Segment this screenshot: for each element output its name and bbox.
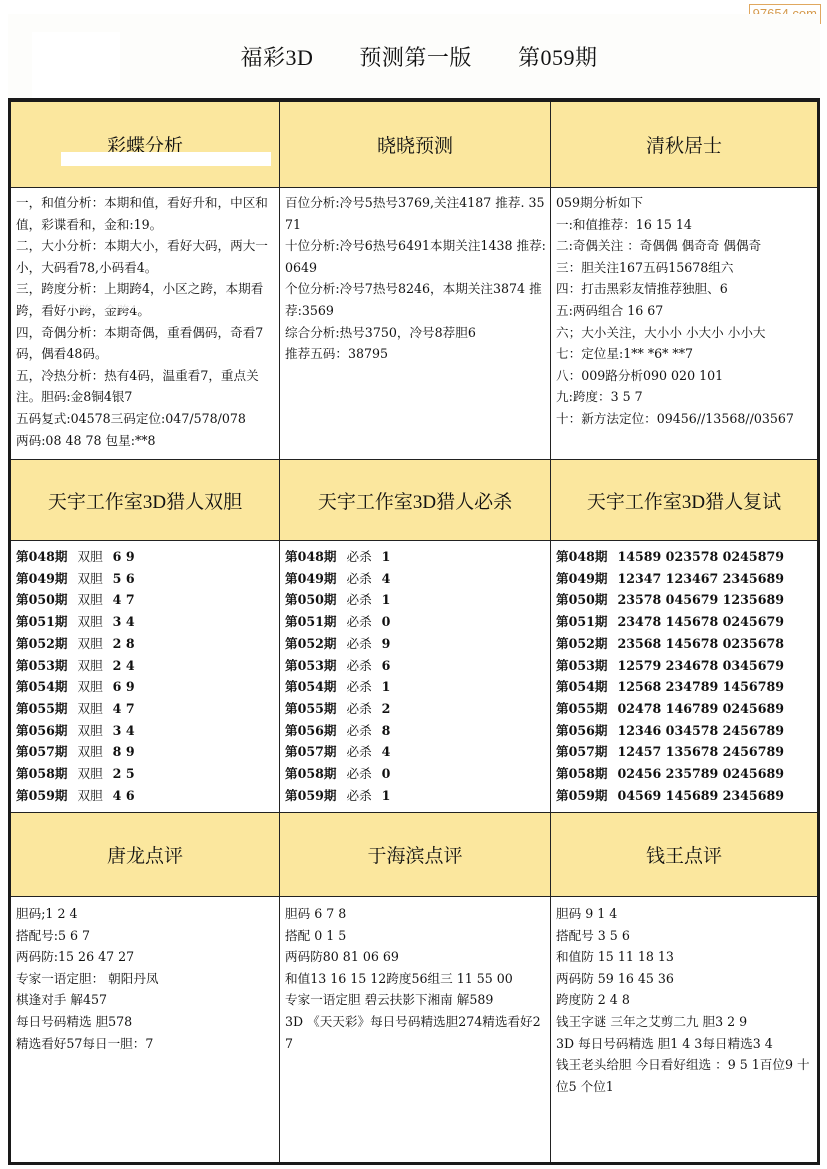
comment-line: 钱王老头给胆 今日看好组选 ：9 5 1百位9 十位5 个位1 (556, 1054, 813, 1097)
analysis-line: 十：新方法定位：09456//13568//03567 (556, 408, 813, 430)
row-type-label: 必杀 (346, 571, 371, 586)
row-type-label: 双胆 (77, 571, 102, 586)
redaction-mask (61, 152, 271, 166)
history-row: 第055期02478 146789 0245689 (556, 698, 813, 720)
analysis-line: 十位分析:冷号6热号6491本期关注1438 推荐:0649 (285, 235, 546, 278)
row-type-label: 双胆 (77, 788, 102, 803)
history-row: 第048期双胆6 9 (16, 546, 275, 568)
row-value: 2 5 (113, 766, 135, 781)
comment-line: 搭配号 3 5 6 (556, 925, 813, 947)
analysis-line: 九:跨度：3 5 7 (556, 386, 813, 408)
row-value: 2 8 (113, 636, 135, 651)
section-header-tanglong: 唐龙点评 (11, 813, 280, 897)
history-row: 第054期12568 234789 1456789 (556, 676, 813, 698)
row-value: 04569 145689 2345689 (617, 788, 784, 803)
row-value: 8 9 (113, 744, 135, 759)
analysis-line: 四，奇偶分析：本期奇偶，重看偶码，奇看7码，偶看48码。 (16, 322, 275, 365)
analysis-line: 五，冷热分析：热有4码，温重看7，重点关注。胆码:金8铜4银7 (16, 365, 275, 408)
row-value: 4 (382, 744, 391, 759)
issue-label: 第056期 (556, 723, 607, 738)
row-type-label: 必杀 (346, 766, 371, 781)
analysis-line: 百位分析:冷号5热号3769,关注4187 推荐. 3571 (285, 192, 546, 235)
row-value: 23568 145678 0235678 (617, 636, 784, 651)
history-row: 第056期双胆3 4 (16, 720, 275, 742)
row-type-label: 必杀 (346, 592, 371, 607)
issue-label: 第057期 (16, 744, 67, 759)
issue-label: 第056期 (285, 723, 336, 738)
section-body-caidie: 一，和值分析：本期和值，看好升和，中区和值，彩谍看和，金和:19。 二，大小分析… (11, 188, 280, 460)
issue-label: 第057期 (556, 744, 607, 759)
row-value: 5 6 (113, 571, 135, 586)
issue-label: 第059期 (285, 788, 336, 803)
page-title: 福彩3D 预测第一版 第059期 (8, 14, 820, 98)
history-row: 第059期必杀1 (285, 785, 546, 807)
analysis-line: 两码:08 48 78 包星:**8 (16, 430, 275, 452)
issue-label: 第058期 (556, 766, 607, 781)
history-row: 第050期必杀1 (285, 589, 546, 611)
row-type-label: 双胆 (77, 723, 102, 738)
issue-label: 第051期 (285, 614, 336, 629)
analysis-line: 059期分析如下 (556, 192, 813, 214)
history-row: 第057期12457 135678 2456789 (556, 741, 813, 763)
history-row: 第050期双胆4 7 (16, 589, 275, 611)
row-value: 14589 023578 0245879 (617, 549, 784, 564)
row-type-label: 必杀 (346, 549, 371, 564)
issue-label: 第055期 (556, 701, 607, 716)
issue-label: 第051期 (556, 614, 607, 629)
row-type-label: 必杀 (346, 723, 371, 738)
comment-line: 胆码;1 2 4 (16, 903, 275, 925)
row-value: 12579 234678 0345679 (617, 658, 784, 673)
issue-label: 第054期 (285, 679, 336, 694)
title-banner: 福彩3D 预测第一版 第059期 (8, 14, 820, 98)
section-header-yuhaibin: 于海滨点评 (280, 813, 551, 897)
row-value: 4 7 (113, 592, 135, 607)
comment-line: 和值13 16 15 12跨度56组三 11 55 00 (285, 968, 546, 990)
section-body-qingqiu: 059期分析如下 一:和值推荐：16 15 14 二:奇偶关注 ：奇偶偶 偶奇奇… (551, 188, 817, 460)
lottery-name: 福彩3D (241, 41, 314, 72)
issue-label: 第058期 (285, 766, 336, 781)
row-type-label: 双胆 (77, 679, 102, 694)
comment-line: 专家一语定胆： 朝阳丹凤 (16, 968, 275, 990)
issue-label: 第054期 (16, 679, 67, 694)
row-type-label: 双胆 (77, 614, 102, 629)
comment-line: 两码防80 81 06 69 (285, 946, 546, 968)
row-value: 9 (382, 636, 391, 651)
section-body-qianwang: 胆码 9 1 4 搭配号 3 5 6 和值防 15 11 18 13 两码防 5… (551, 897, 817, 1162)
history-row: 第058期02456 235789 0245689 (556, 763, 813, 785)
analysis-line: 个位分析:冷号7热号8246，本期关注3874 推荐:3569 (285, 278, 546, 321)
analysis-line: 七：定位星:1** *6* **7 (556, 343, 813, 365)
issue-label: 第055期 (16, 701, 67, 716)
issue-label: 第050期 (285, 592, 336, 607)
history-row: 第054期必杀1 (285, 676, 546, 698)
issue-label: 第058期 (16, 766, 67, 781)
section-header-shuangdan: 天宇工作室3D猎人双胆 (11, 460, 280, 541)
analysis-line: 综合分析:热号3750，冷号8荐胆6 (285, 322, 546, 344)
issue-label: 第059期 (556, 788, 607, 803)
row-value: 0 (382, 614, 391, 629)
row-value: 3 4 (113, 614, 135, 629)
prediction-grid: 彩蝶分析 晓晓预测 清秋居士 一，和值分析：本期和值，看好升和，中区和值，彩谍看… (8, 98, 820, 1165)
section-body-fushi: 第048期14589 023578 0245879第049期12347 1234… (551, 541, 817, 813)
issue-label: 第059期 (16, 788, 67, 803)
history-row: 第053期必杀6 (285, 655, 546, 677)
row-type-label: 双胆 (77, 744, 102, 759)
history-row: 第056期12346 034578 2456789 (556, 720, 813, 742)
row-type-label: 必杀 (346, 701, 371, 716)
analysis-line: 二:奇偶关注 ：奇偶偶 偶奇奇 偶偶奇 (556, 235, 813, 257)
comment-line: 和值防 15 11 18 13 (556, 946, 813, 968)
issue-label: 第049期 (16, 571, 67, 586)
row-type-label: 必杀 (346, 788, 371, 803)
row-type-label: 双胆 (77, 592, 102, 607)
row-type-label: 双胆 (77, 701, 102, 716)
issue-label: 第057期 (285, 744, 336, 759)
row-type-label: 双胆 (77, 658, 102, 673)
history-row: 第054期双胆6 9 (16, 676, 275, 698)
analysis-line: 六；大小关注，大小小 小大小 小小大 (556, 322, 813, 344)
section-header-caidie: 彩蝶分析 (11, 102, 280, 188)
section-title: 于海滨点评 (367, 841, 462, 868)
issue-label: 第053期 (556, 658, 607, 673)
issue-label: 第052期 (556, 636, 607, 651)
history-row: 第051期必杀0 (285, 611, 546, 633)
history-row: 第048期必杀1 (285, 546, 546, 568)
row-value: 12346 034578 2456789 (617, 723, 784, 738)
row-value: 23578 045679 1235689 (617, 592, 784, 607)
comment-line: 精选看好57每日一胆：7 (16, 1033, 275, 1055)
issue-label: 第052期 (16, 636, 67, 651)
row-value: 02478 146789 0245689 (617, 701, 784, 716)
section-body-xiaoxiao: 百位分析:冷号5热号3769,关注4187 推荐. 3571 十位分析:冷号6热… (280, 188, 551, 460)
row-type-label: 必杀 (346, 744, 371, 759)
analysis-line: 八：009路分析090 020 101 (556, 365, 813, 387)
history-row: 第053期双胆2 4 (16, 655, 275, 677)
comment-line: 棋逢对手 解457 (16, 989, 275, 1011)
issue-label: 第050期 (556, 592, 607, 607)
row-value: 4 6 (113, 788, 135, 803)
row-type-label: 必杀 (346, 658, 371, 673)
history-row: 第049期12347 123467 2345689 (556, 568, 813, 590)
row-value: 6 9 (113, 549, 135, 564)
row-value: 1 (382, 549, 391, 564)
row-value: 0 (382, 766, 391, 781)
issue-label: 第048期 (16, 549, 67, 564)
issue-label: 第049期 (285, 571, 336, 586)
issue-label: 第050期 (16, 592, 67, 607)
row-value: 1 (382, 679, 391, 694)
issue-label: 第048期 (285, 549, 336, 564)
row-value: 1 (382, 592, 391, 607)
row-value: 23478 145678 0245679 (617, 614, 784, 629)
history-row: 第048期14589 023578 0245879 (556, 546, 813, 568)
analysis-line: 五码复式:04578三码定位:047/578/078 (16, 408, 275, 430)
section-header-qingqiu: 清秋居士 (551, 102, 817, 188)
issue-label: 第048期 (556, 549, 607, 564)
analysis-line: 一:和值推荐：16 15 14 (556, 214, 813, 236)
issue-label: 第053期 (16, 658, 67, 673)
row-value: 6 9 (113, 679, 135, 694)
issue-label: 第052期 (285, 636, 336, 651)
row-value: 8 (382, 723, 391, 738)
row-type-label: 双胆 (77, 549, 102, 564)
history-row: 第058期必杀0 (285, 763, 546, 785)
section-title: 清秋居士 (646, 131, 722, 158)
issue-label: 第054期 (556, 679, 607, 694)
issue-number: 第059期 (518, 41, 598, 72)
analysis-line: 三：胆关注167五码15678组六 (556, 257, 813, 279)
history-row: 第052期必杀9 (285, 633, 546, 655)
history-row: 第052期23568 145678 0235678 (556, 633, 813, 655)
row-type-label: 必杀 (346, 679, 371, 694)
analysis-line: 推荐五码：38795 (285, 343, 546, 365)
section-header-bisha: 天宇工作室3D猎人必杀 (280, 460, 551, 541)
section-body-bisha: 第048期必杀1第049期必杀4第050期必杀1第051期必杀0第052期必杀9… (280, 541, 551, 813)
analysis-line: 一，和值分析：本期和值，看好升和，中区和值，彩谍看和，金和:19。 (16, 192, 275, 235)
redaction-mask (71, 298, 251, 308)
comment-line: 搭配号:5 6 7 (16, 925, 275, 947)
row-value: 3 4 (113, 723, 135, 738)
analysis-line: 四：打击黑彩友情推荐独胆、6 (556, 278, 813, 300)
history-row: 第052期双胆2 8 (16, 633, 275, 655)
row-type-label: 必杀 (346, 636, 371, 651)
history-row: 第057期双胆8 9 (16, 741, 275, 763)
row-type-label: 必杀 (346, 614, 371, 629)
section-title: 晓晓预测 (377, 131, 453, 158)
analysis-line: 二，大小分析：本期大小，看好大码，两大一小，大码看78,小码看4。 (16, 235, 275, 278)
row-value: 12457 135678 2456789 (617, 744, 784, 759)
comment-line: 每日号码精选 胆578 (16, 1011, 275, 1033)
section-header-qianwang: 钱王点评 (551, 813, 817, 897)
history-row: 第056期必杀8 (285, 720, 546, 742)
row-value: 6 (382, 658, 391, 673)
comment-line: 搭配 0 1 5 (285, 925, 546, 947)
row-value: 2 (382, 701, 391, 716)
comment-line: 跨度防 2 4 8 (556, 989, 813, 1011)
history-row: 第058期双胆2 5 (16, 763, 275, 785)
row-value: 4 7 (113, 701, 135, 716)
row-value: 12568 234789 1456789 (617, 679, 784, 694)
history-row: 第059期双胆4 6 (16, 785, 275, 807)
section-body-yuhaibin: 胆码 6 7 8 搭配 0 1 5 两码防80 81 06 69 和值13 16… (280, 897, 551, 1162)
section-title: 唐龙点评 (107, 841, 183, 868)
section-title: 天宇工作室3D猎人双胆 (48, 487, 242, 514)
row-type-label: 双胆 (77, 636, 102, 651)
section-body-shuangdan: 第048期双胆6 9第049期双胆5 6第050期双胆4 7第051期双胆3 4… (11, 541, 280, 813)
analysis-line: 五:两码组合 16 67 (556, 300, 813, 322)
comment-line: 3D 《天天彩》每日号码精选胆274精选看好27 (285, 1011, 546, 1054)
history-row: 第055期双胆4 7 (16, 698, 275, 720)
row-value: 2 4 (113, 658, 135, 673)
history-row: 第049期双胆5 6 (16, 568, 275, 590)
row-value: 4 (382, 571, 391, 586)
section-header-fushi: 天宇工作室3D猎人复试 (551, 460, 817, 541)
comment-line: 胆码 6 7 8 (285, 903, 546, 925)
section-body-tanglong: 胆码;1 2 4 搭配号:5 6 7 两码防:15 26 47 27 专家一语定… (11, 897, 280, 1162)
section-title: 钱王点评 (646, 841, 722, 868)
section-header-xiaoxiao: 晓晓预测 (280, 102, 551, 188)
history-row: 第051期双胆3 4 (16, 611, 275, 633)
history-row: 第049期必杀4 (285, 568, 546, 590)
row-value: 1 (382, 788, 391, 803)
row-type-label: 双胆 (77, 766, 102, 781)
comment-line: 钱王字谜 三年之艾剪二九 胆3 2 9 (556, 1011, 813, 1033)
issue-label: 第053期 (285, 658, 336, 673)
section-title: 天宇工作室3D猎人必杀 (318, 487, 512, 514)
history-row: 第053期12579 234678 0345679 (556, 655, 813, 677)
issue-label: 第049期 (556, 571, 607, 586)
comment-line: 两码防:15 26 47 27 (16, 946, 275, 968)
edition-label: 预测第一版 (359, 41, 472, 72)
issue-label: 第051期 (16, 614, 67, 629)
row-value: 12347 123467 2345689 (617, 571, 784, 586)
history-row: 第051期23478 145678 0245679 (556, 611, 813, 633)
history-row: 第050期23578 045679 1235689 (556, 589, 813, 611)
comment-line: 3D 每日号码精选 胆1 4 3每日精选3 4 (556, 1033, 813, 1055)
issue-label: 第055期 (285, 701, 336, 716)
comment-line: 胆码 9 1 4 (556, 903, 813, 925)
comment-line: 两码防 59 16 45 36 (556, 968, 813, 990)
issue-label: 第056期 (16, 723, 67, 738)
history-row: 第055期必杀2 (285, 698, 546, 720)
section-title: 天宇工作室3D猎人复试 (587, 487, 781, 514)
comment-line: 专家一语定胆 碧云扶影下湘南 解589 (285, 989, 546, 1011)
history-row: 第059期04569 145689 2345689 (556, 785, 813, 807)
row-value: 02456 235789 0245689 (617, 766, 784, 781)
history-row: 第057期必杀4 (285, 741, 546, 763)
